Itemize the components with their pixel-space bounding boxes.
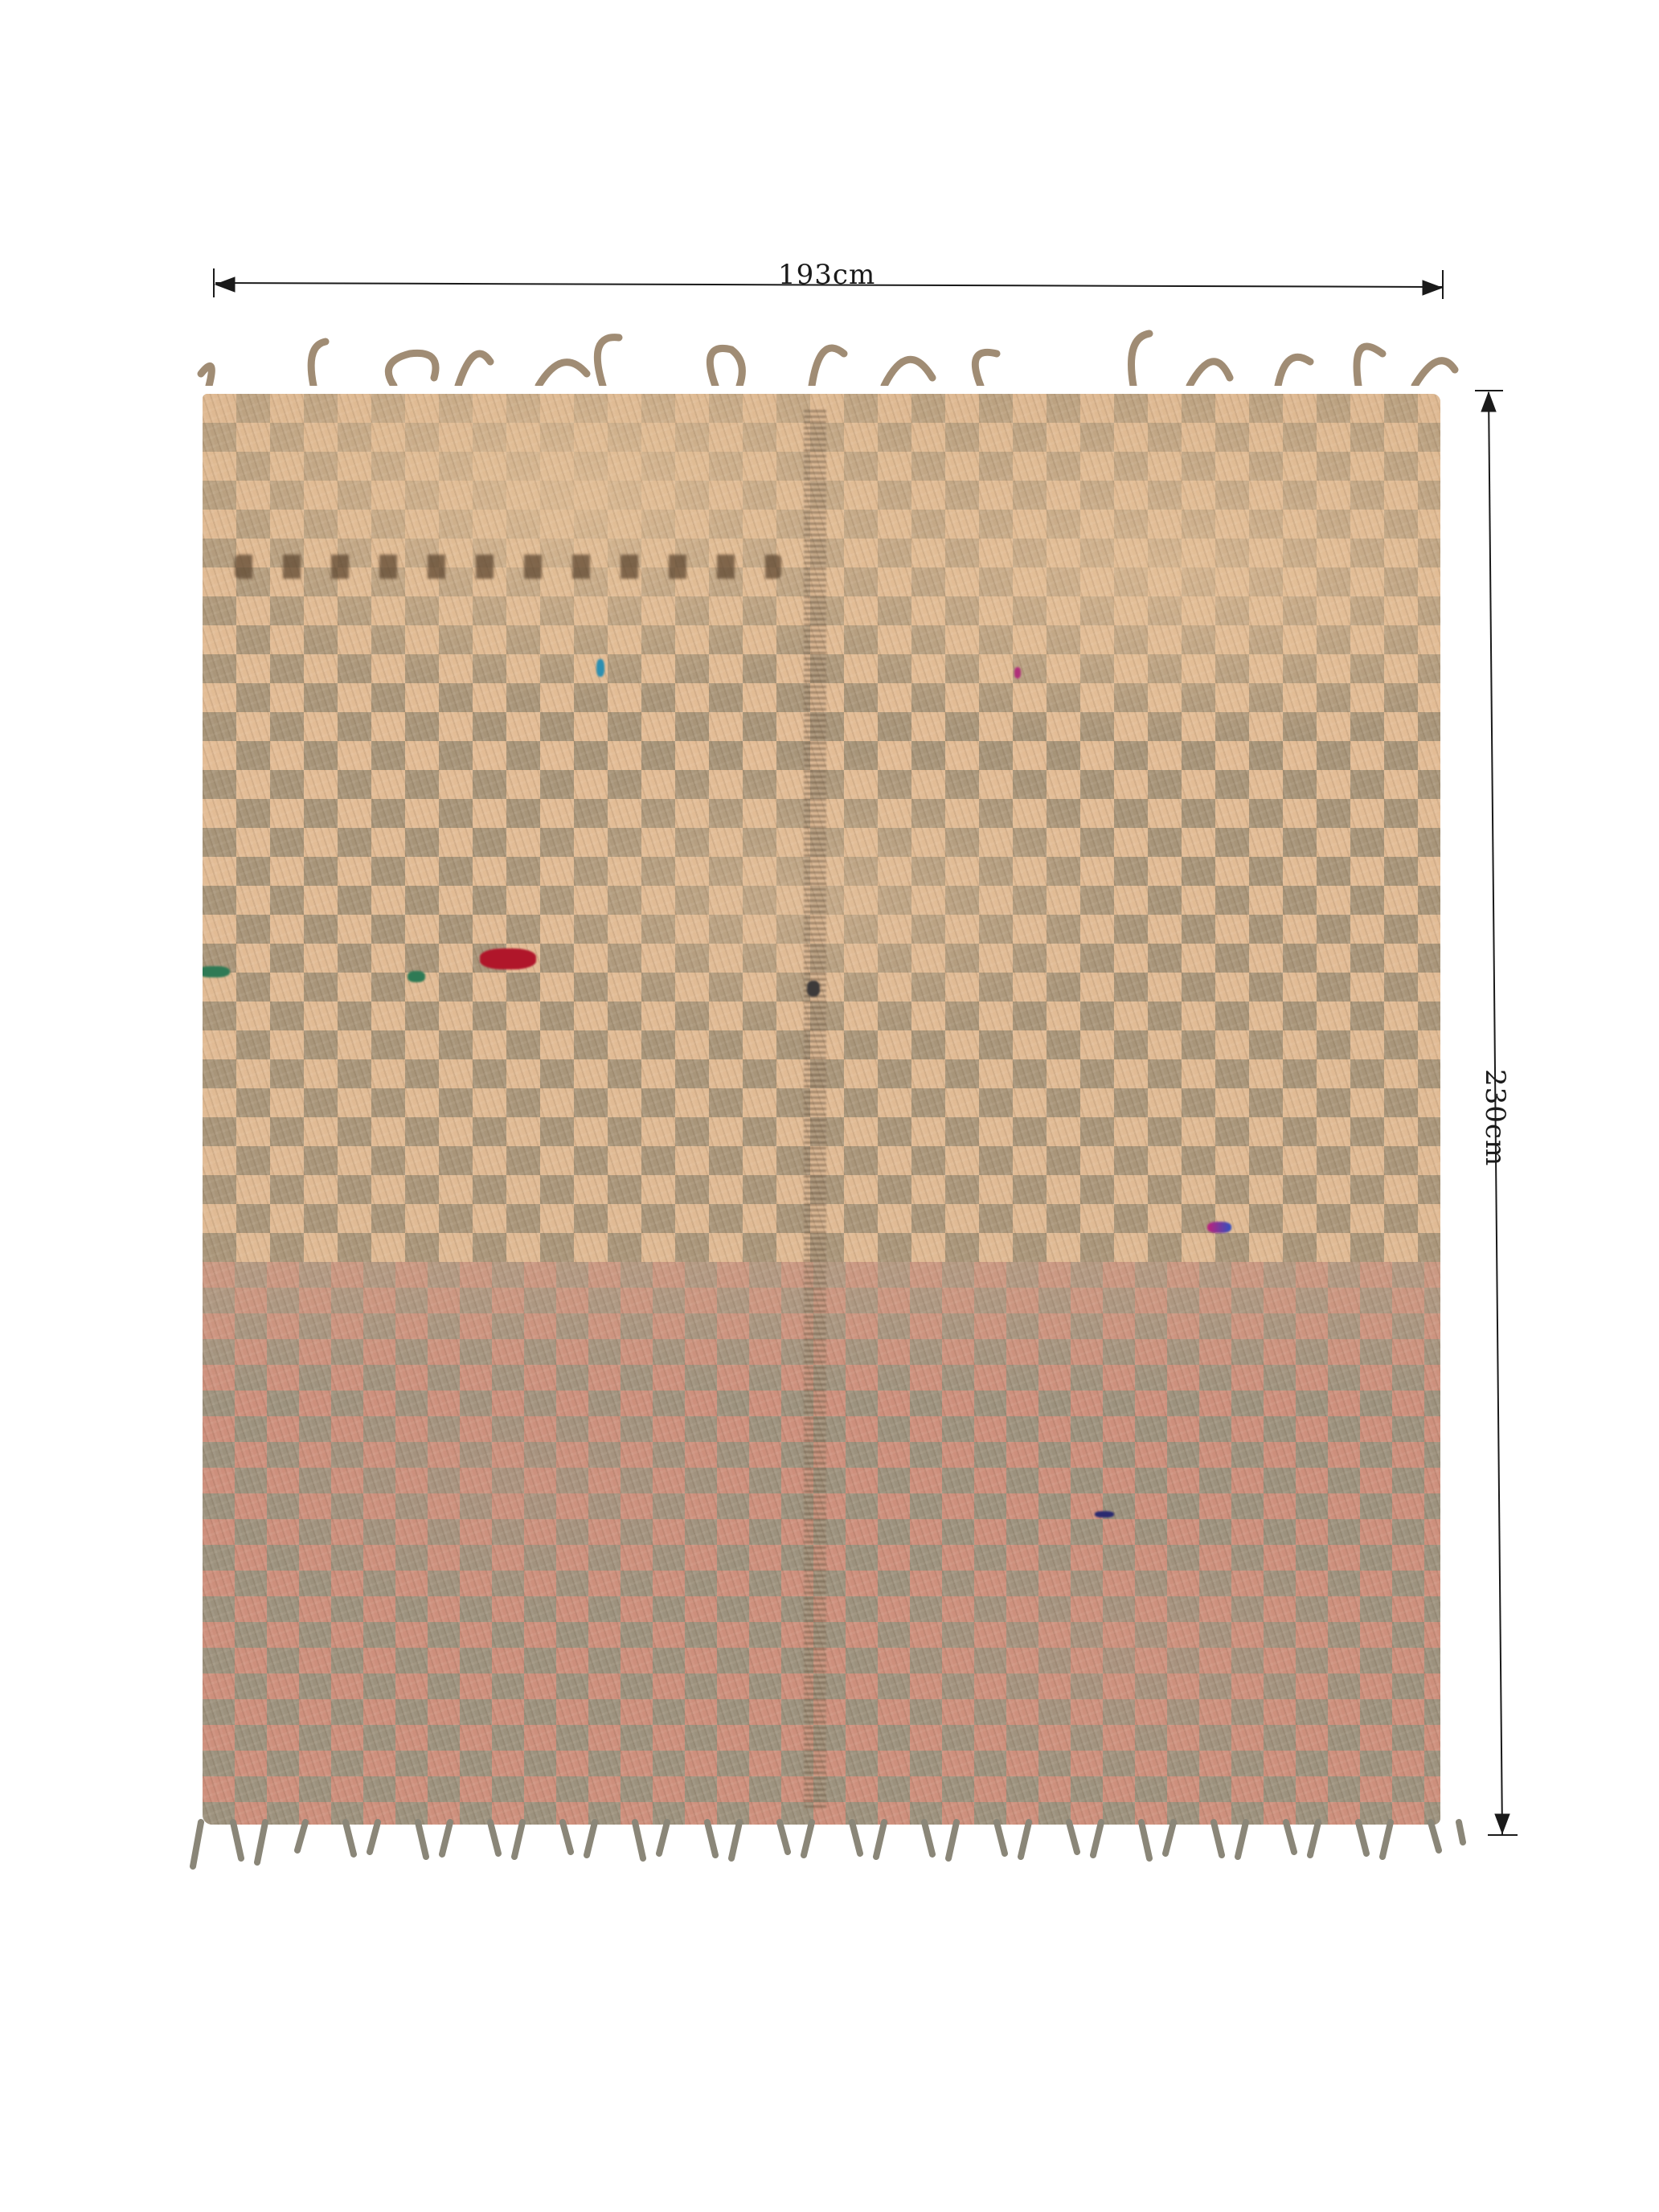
center-seam [804,410,826,1809]
magenta-accent [1014,667,1021,678]
dark-row-marks [235,555,781,579]
navy-accent [1095,1511,1114,1518]
blue-accent [596,659,604,677]
green-accent [408,971,425,982]
rug [203,394,1440,1825]
magenta-blue-accent [1207,1222,1231,1233]
red-accent [480,948,536,969]
bottom-fringe [185,1818,1471,1874]
top-fringe [185,330,1471,386]
center-dark-spot [807,981,820,997]
green-edge-accent [203,966,230,977]
height-dimension-line [1475,391,1518,1835]
width-dimension-line [214,268,1443,299]
